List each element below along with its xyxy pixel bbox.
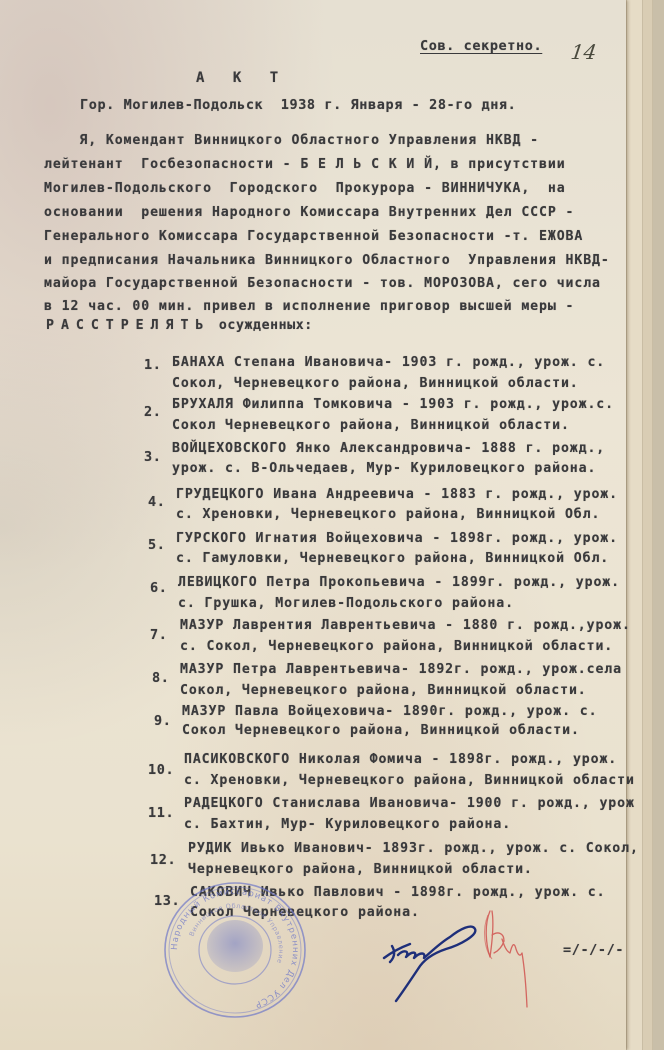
item-line: Сокол, Черневецкого района, Винницкой об… <box>180 683 587 698</box>
item-number: 8. <box>152 670 169 686</box>
body-line: основании решения Народного Комиссара Вн… <box>44 205 574 220</box>
secrecy-mark: Сов. секретно. <box>420 38 542 54</box>
item-line: Сокол Черневецкого района, Винницкой обл… <box>172 418 570 433</box>
item-number: 2. <box>144 404 161 420</box>
body-line: в 12 час. 00 мин. привел в исполнение пр… <box>44 299 574 314</box>
body-line: Я, Комендант Винницкого Областного Управ… <box>44 133 539 148</box>
body-line: лейтенант Госбезопасности - Б Е Л Ь С К … <box>44 157 566 172</box>
official-seal-stamp: Народный Комиссариат Внутренних Дел УССР… <box>162 880 308 1020</box>
item-line: БАНАХА Степана Ивановича- 1903 г. рожд.,… <box>172 355 605 370</box>
item-line: ГРУДЕЦКОГО Ивана Андреевича - 1883 г. ро… <box>176 487 618 502</box>
end-of-list-mark: =/-/-/- <box>563 942 624 958</box>
item-line: Сокол Черневецкого района, Винницкой обл… <box>182 723 580 738</box>
document-title: А К Т <box>196 70 288 86</box>
item-line: с. Хреновки, Черневецкого района, Винниц… <box>176 507 600 522</box>
item-number: 5. <box>148 537 165 553</box>
body-line: Могилев-Подольского Городского Прокурора… <box>44 181 566 196</box>
verdict-rest: осужденных: <box>210 318 312 333</box>
document-page: Сов. секретно. 14 А К Т Гор. Могилев-Под… <box>0 0 626 1050</box>
item-line: ЛЕВИЦКОГО Петра Прокопьевича - 1899г. ро… <box>178 575 620 590</box>
item-line: ГУРСКОГО Игнатия Войцеховича - 1898г. ро… <box>176 531 618 546</box>
item-line: с. Хреновки, Черневецкого района, Винниц… <box>184 773 635 788</box>
item-line: МАЗУР Павла Войцеховича- 1890г. рожд., у… <box>182 704 597 719</box>
item-line: РУДИК Ивько Иванович- 1893г. рожд., урож… <box>188 841 639 856</box>
item-line: РАДЕЦКОГО Станислава Ивановича- 1900 г. … <box>184 796 635 811</box>
item-line: Черневецкого района, Винницкой области. <box>188 862 533 877</box>
item-number: 7. <box>150 627 167 643</box>
item-number: 3. <box>144 449 161 465</box>
item-line: урож. с. В-Ольчедаев, Мур- Куриловецкого… <box>172 461 596 476</box>
body-line: майора Государственной Безопасности - то… <box>44 276 601 291</box>
item-number: 10. <box>148 762 174 778</box>
item-line: Сокол, Черневецкого района, Винницкой об… <box>172 376 579 391</box>
city-and-date: Гор. Могилев-Подольск 1938 г. Января - 2… <box>80 97 516 113</box>
item-line: с. Сокол, Черневецкого района, Винницкой… <box>180 639 613 654</box>
item-line: с. Грушка, Могилев-Подольского района. <box>178 596 514 611</box>
item-line: МАЗУР Петра Лаврентьевича- 1892г. рожд.,… <box>180 662 622 677</box>
item-number: 9. <box>154 713 171 729</box>
body-line: Генерального Комиссара Государственной Б… <box>44 229 583 244</box>
item-number: 4. <box>148 494 165 510</box>
verdict-word: РАССТРЕЛЯТЬ <box>46 318 210 333</box>
item-number: 6. <box>150 580 167 596</box>
item-line: БРУХАЛЯ Филиппа Томковича - 1903 г. рожд… <box>172 397 614 412</box>
handwritten-page-number: 14 <box>569 40 598 64</box>
archival-document-scan: Сов. секретно. 14 А К Т Гор. Могилев-Под… <box>0 0 664 1050</box>
stacked-page-edge <box>652 0 664 1050</box>
item-number: 12. <box>150 852 176 868</box>
item-line: с. Бахтин, Мур- Куриловецкого района. <box>184 817 511 832</box>
item-line: МАЗУР Лаврентия Лаврентьевича - 1880 г. … <box>180 618 631 633</box>
item-number: 1. <box>144 357 161 373</box>
item-line: с. Гамуловки, Черневецкого района, Винни… <box>176 551 609 566</box>
item-line: ПАСИКОВСКОГО Николая Фомича - 1898г. рож… <box>184 752 617 767</box>
prosecutor-signature <box>480 905 540 1015</box>
body-line: и предписания Начальника Винницкого Обла… <box>44 253 610 268</box>
verdict-line: РАССТРЕЛЯТЬ осужденных: <box>46 318 313 333</box>
item-line: ВОЙЦЕХОВСКОГО Янко Александровича- 1888 … <box>172 441 605 456</box>
item-number: 11. <box>148 805 174 821</box>
